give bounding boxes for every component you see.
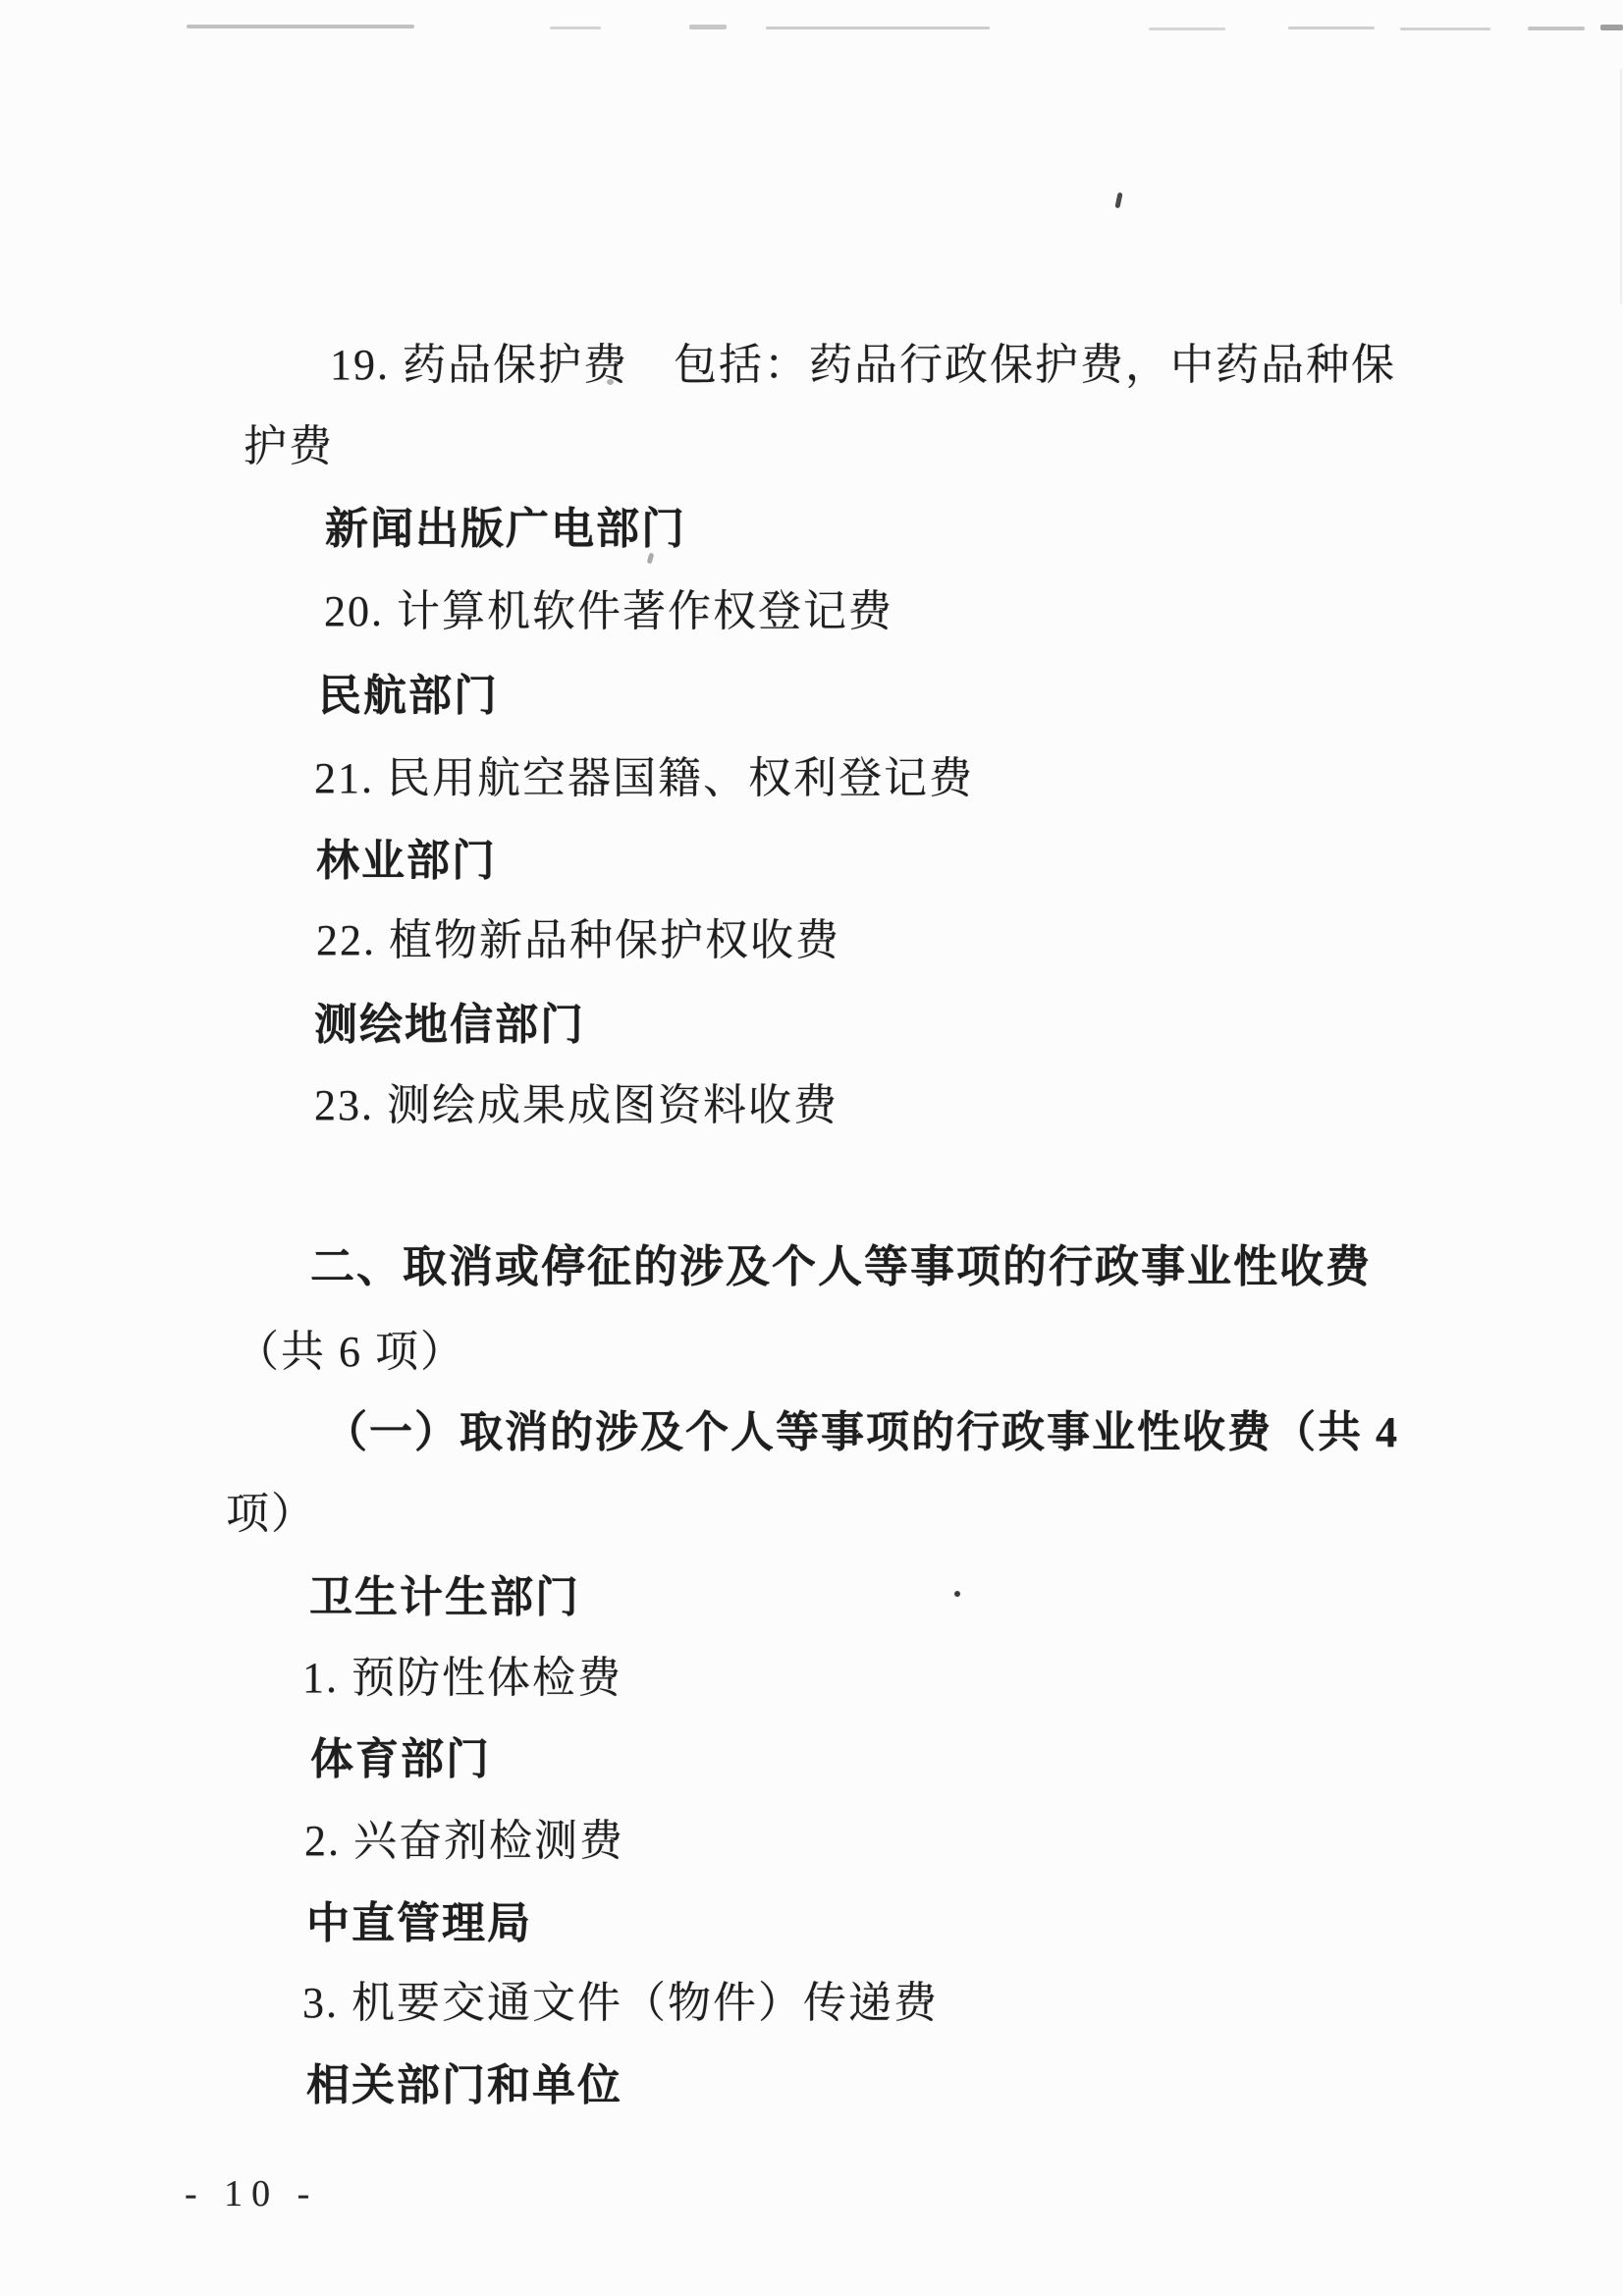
scan-edge-shade bbox=[1620, 69, 1622, 304]
scan-artifact-line bbox=[1600, 25, 1623, 30]
scan-artifact-line bbox=[1149, 27, 1225, 30]
department-name-related-units: 相关部门和单位 bbox=[306, 2064, 622, 2107]
scan-artifact-line bbox=[766, 27, 990, 29]
subsection-heading-continuation: 项） bbox=[226, 1493, 316, 1536]
fee-item-21: 21. 民用航空器国籍、权利登记费 bbox=[314, 757, 974, 800]
subsection-heading-2-1: （一）取消的涉及个人等事项的行政事业性收费（共 4 bbox=[324, 1411, 1399, 1454]
department-name-forestry: 林业部门 bbox=[316, 840, 497, 883]
department-name-sports: 体育部门 bbox=[310, 1738, 491, 1781]
page-number: - 10 - bbox=[185, 2172, 318, 2215]
scan-artifact-line bbox=[1528, 27, 1585, 30]
ink-speck bbox=[1114, 192, 1122, 209]
fee-item-1: 1. 预防性体检费 bbox=[302, 1657, 622, 1700]
fee-item-19: 19. 药品保护费 包括：药品行政保护费，中药品种保 bbox=[330, 344, 1396, 387]
department-name-zhongzhi-admin: 中直管理局 bbox=[306, 1902, 532, 1945]
fee-item-19-continuation: 护费 bbox=[243, 425, 334, 468]
fee-item-20: 20. 计算机软件著作权登记费 bbox=[324, 590, 893, 633]
scanned-document-page: 19. 药品保护费 包括：药品行政保护费，中药品种保 护费 新闻出版广电部门 2… bbox=[0, 0, 1623, 2296]
scan-artifact-line bbox=[689, 25, 727, 29]
department-name-surveying-mapping: 测绘地信部门 bbox=[314, 1004, 585, 1047]
section-count-note: （共 6 项） bbox=[236, 1331, 465, 1374]
ink-speck bbox=[954, 1591, 960, 1597]
section-heading-2: 二、取消或停征的涉及个人等事项的行政事业性收费 bbox=[310, 1245, 1372, 1289]
department-name-civil-aviation: 民航部门 bbox=[318, 675, 499, 718]
fee-item-23: 23. 测绘成果成图资料收费 bbox=[314, 1084, 839, 1127]
fee-item-22: 22. 植物新品种保护权收费 bbox=[316, 919, 840, 962]
fee-item-3: 3. 机要交通文件（物件）传递费 bbox=[302, 1982, 939, 2025]
scan-artifact-line bbox=[1288, 27, 1375, 29]
scan-artifact-line bbox=[1400, 27, 1490, 30]
department-name-press-publication: 新闻出版广电部门 bbox=[325, 508, 686, 551]
scan-artifact-line bbox=[550, 27, 601, 29]
department-name-health: 卫生计生部门 bbox=[309, 1576, 580, 1619]
ink-speck bbox=[647, 553, 655, 565]
fee-item-2: 2. 兴奋剂检测费 bbox=[304, 1820, 624, 1863]
scan-artifact-line bbox=[187, 25, 414, 28]
